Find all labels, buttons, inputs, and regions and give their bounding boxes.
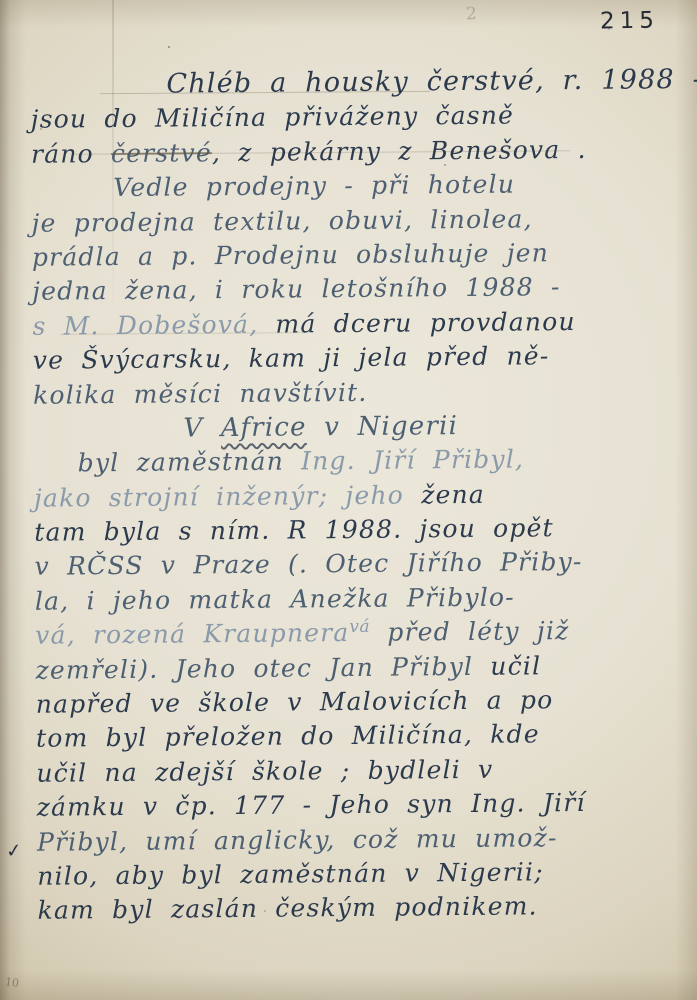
text-segment: žena (421, 480, 485, 510)
text-segment: má dceru provdanou (275, 307, 575, 339)
text-line: ráno čerstvé, z pekárny z Benešova . (31, 132, 661, 172)
text-segment: ráno (31, 139, 111, 169)
text-segment: s M. Dobešová, (32, 309, 275, 340)
text-line: tam byla s ním. R 1988. jsou opět (34, 510, 664, 550)
text-line: nilo, aby byl zaměstnán v Nigerii; (37, 854, 667, 894)
text-line: Přibyl, umí anglicky, což mu umož- (37, 820, 667, 860)
text-line: ve Švýcarsku, kam ji jela před ně- (33, 338, 663, 378)
corner-page-mark: 10 (4, 975, 20, 990)
chronicle-page: 215 2 Chléb a housky čerstvé, r. 1988 - … (0, 0, 697, 1000)
text-line: la, i jeho matka Anežka Přibylo- (35, 579, 665, 619)
text-segment: , z pekárny z Benešova . (212, 135, 587, 167)
inserted-correction: vá (349, 617, 370, 637)
handwritten-text-block: Chléb a housky čerstvé, r. 1988 - jsou d… (30, 63, 667, 928)
struck-word: čerstvé (111, 138, 212, 168)
text-line: s M. Dobešová, má dceru provdanou (32, 304, 662, 344)
text-segment: před léty již (370, 616, 570, 647)
text-line: kam byl zaslán českým podnikem. (37, 889, 667, 929)
text-segment: Ing. Jiří Přibyl, (301, 445, 524, 476)
margin-checkmark: ✓ (5, 839, 23, 863)
text-line: jsou do Miličína přiváženy časně (31, 98, 661, 138)
text-segment: jako strojní inženýr; jeho (34, 480, 421, 512)
text-line: v RČSS v Praze (. Otec Jiřího Přiby- (34, 545, 664, 585)
text-line: tom byl přeložen do Miličína, kde (36, 717, 666, 757)
paragraph-title-shop: Vedle prodejny - při hotelu (113, 166, 661, 205)
paragraph-title-africa: V Africe v Nigerii (183, 407, 663, 446)
page-number: 215 (600, 7, 659, 34)
text-line: zámku v čp. 177 - Jeho syn Ing. Jiří (37, 785, 667, 825)
text-segment: vá, rozená Kraupnera (35, 618, 349, 650)
text-line: prádla a p. Prodejnu obsluhuje jen (32, 235, 662, 275)
text-line: vá, rozená Kraupneravá před léty již (35, 613, 665, 653)
text-line: je prodejna textilu, obuvi, linolea, (31, 201, 661, 241)
pencil-note-ghost: 2 (466, 4, 488, 25)
text-line: byl zaměstnán Ing. Jiří Přibyl, (78, 442, 664, 482)
wavy-underlined-word: Africe (221, 412, 307, 443)
text-segment: zemřeli). Jeho otec Jan Přibyl (35, 651, 490, 684)
text-line: učil na zdejší škole ; bydleli v (36, 751, 666, 791)
text-line: kolika měsíci navštívit. (33, 373, 663, 413)
text-segment: byl zaměstnán (78, 447, 302, 478)
text-line: jedna žena, i roku letošního 1988 - (32, 270, 662, 310)
text-line: napřed ve škole v Malovicích a po (36, 682, 666, 722)
text-segment: V (183, 413, 221, 443)
paper-specks (168, 46, 170, 48)
text-segment: v Nigerii (307, 411, 459, 442)
text-line: jako strojní inženýr; jeho žena (34, 476, 664, 516)
text-line: zemřeli). Jeho otec Jan Přibyl učil (35, 648, 665, 688)
text-segment: učil (490, 651, 541, 680)
paragraph-title-bread: Chléb a housky čerstvé, r. 1988 - (166, 63, 660, 102)
